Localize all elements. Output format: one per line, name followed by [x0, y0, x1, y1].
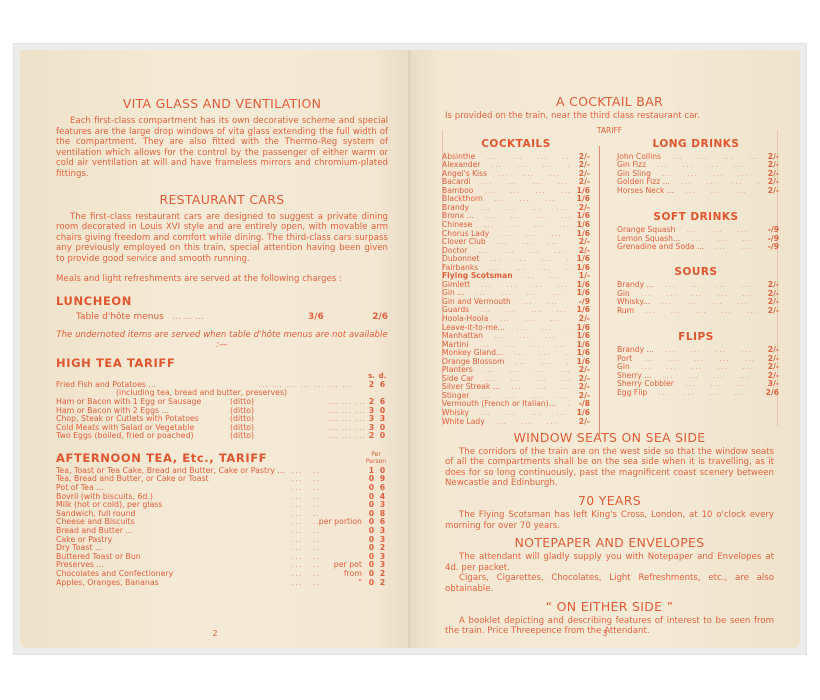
page-right: A COCKTAIL BAR Is provided on the train,…	[410, 50, 800, 648]
leader-dots: ... ... ... ... ...	[480, 161, 570, 170]
leader-dots: ... ... ... ... ...	[513, 272, 570, 281]
flips-list: Brandy ... ... ... ... ... ...2/-Port ..…	[613, 346, 779, 397]
list-item: White Lady ... ... ... ... ...2/-	[442, 418, 590, 427]
leader-dots: ... ... ... ... ... ... ... ... ... ...	[285, 536, 319, 545]
drink-name: Egg Flip	[617, 389, 647, 398]
table-row: Apples, Oranges, Bananas ... ... ... ...…	[56, 579, 388, 588]
seventy-years-title: 70 YEARS	[445, 493, 774, 508]
drink-name: Horses Neck ...	[617, 187, 674, 196]
afternoon-tea-table: Tea, Toast or Tea Cake, Bread and Butter…	[56, 467, 388, 587]
leader-dots: ... ... ... ... ...	[632, 355, 759, 364]
leader-dots: ... ... ... ... ... ... ... ... ... ...	[285, 544, 319, 553]
leader-dots: ... ... ... ... ... ... ... ... ... ...	[285, 527, 319, 536]
leader-dots: ... ... ... ... ...	[704, 243, 759, 252]
item-name: Apples, Oranges, Bananas	[56, 579, 285, 588]
notepaper-title: NOTEPAPER AND ENVELOPES	[445, 535, 774, 550]
leader-dots: ... ... ... ... ...	[654, 346, 759, 355]
vita-glass-title: VITA GLASS AND VENTILATION	[56, 96, 388, 111]
luncheon-item: Table d'hôte menus ... ... ...	[76, 312, 308, 322]
leader-dots: ... ... ... ... ... ... ... ... ... ...	[285, 570, 319, 579]
long-drinks-list: John Collins ... ... ... ... ...2/-Gin F…	[613, 153, 779, 196]
page-left: VITA GLASS AND VENTILATION Each first-cl…	[20, 50, 410, 648]
leader-dots: ... ... ... ... ...	[654, 281, 759, 290]
sours-list: Brandy ... ... ... ... ... ...2/-Gin ...…	[613, 281, 779, 315]
price-pence: 2	[377, 579, 388, 588]
item-qualifier	[319, 493, 366, 502]
leader-dots: ... ... ... ... ... ... ... ... ... ...	[285, 484, 319, 493]
cocktails-heading: COCKTAILS	[442, 138, 590, 150]
leader-dots: ... ... ... ... ...	[670, 178, 759, 187]
leader-dots: ... ... ... ... ...	[479, 255, 570, 264]
leader-dots: ... ... ... ... ... ... ... ... ... ...	[285, 493, 319, 502]
leader-dots: ... ... ... ... ... ... ... ... ... ...	[285, 501, 319, 510]
list-item: Egg Flip ... ... ... ... ...2/6	[613, 389, 779, 398]
leader-dots: ... ... ... ... ...	[483, 195, 570, 204]
leader-dots: ... ... ... ... ...	[505, 324, 570, 333]
item-qualifier	[319, 527, 366, 536]
list-item: Port ... ... ... ... ...2/-	[613, 355, 779, 364]
leader-dots: ... ... ... ... ...	[504, 358, 570, 367]
column-divider	[599, 146, 600, 436]
vita-glass-body: Each first-class compartment has its own…	[56, 116, 388, 180]
item-qualifier	[319, 501, 366, 510]
window-seats-title: WINDOW SEATS ON SEA SIDE	[445, 430, 774, 445]
price-shillings: 0	[366, 579, 377, 588]
leader-dots: ... ... ... ... ...	[675, 226, 759, 235]
leader-dots: ... ... ... ... ...	[500, 383, 570, 392]
leader-dots: ... ... ... ... ...	[674, 380, 759, 389]
item-qualifier	[319, 475, 366, 484]
leader-dots: ... ... ... ... ...	[467, 247, 570, 256]
leader-dots: ... ... ... ... ...	[473, 366, 570, 375]
leader-dots: ... ... ... ... ...	[511, 298, 570, 307]
drink-name: White Lady	[442, 418, 485, 427]
cocktails-column: COCKTAILS Absinthe ... ... ... ... ...2/…	[442, 138, 590, 427]
drinks-column: LONG DRINKS John Collins ... ... ... ...…	[613, 138, 779, 398]
drink-price: -/9	[759, 243, 779, 252]
leader-dots: ... ... ... ... ...	[483, 332, 570, 341]
high-tea-heading: HIGH TEA TARIFF	[56, 356, 388, 370]
leader-dots: ... ... ... ... ...	[674, 187, 759, 196]
seventy-years-body: The Flying Scotsman has left King's Cros…	[445, 510, 774, 531]
page-number-right: 3	[410, 629, 800, 638]
list-item: Gimlett ... ... ... ... ...1/6	[442, 281, 590, 290]
drink-price: 2/-	[759, 187, 779, 196]
page-left-content: VITA GLASS AND VENTILATION Each first-cl…	[56, 96, 388, 587]
afternoon-tea-header: AFTERNOON TEA, Etc., TARIFF Per Person	[56, 451, 388, 465]
page-right-content: A COCKTAIL BAR Is provided on the train,…	[445, 94, 774, 637]
drink-name: Rum	[617, 307, 634, 316]
leader-dots: ... ... ... ... ...	[650, 298, 759, 307]
leader-dots: ... ... ... ... ... ... ... ... ... ...	[285, 553, 319, 562]
list-item: Whisky... ... ... ... ... ...2/-	[613, 298, 779, 307]
leader-dots: ... ... ... ... ...	[661, 153, 759, 162]
list-item: Rum ... ... ... ... ...2/-	[613, 307, 779, 316]
leader-dots: ... ... ... ... ...	[475, 153, 570, 162]
leader-dots: ... ... ... ... ... ... ... ... ... ...	[285, 475, 319, 484]
table-row: Tea, Bread and Butter, or Cake or Toast …	[56, 475, 388, 484]
leader-dots: ... ... ... ... ...	[486, 238, 570, 247]
leader-dots: ... ... ... ... ...	[556, 400, 570, 409]
luncheon-heading: LUNCHEON	[56, 294, 388, 308]
cocktail-bar-subtitle: Is provided on the train, near the third…	[445, 111, 774, 122]
leader-dots: ... ... ... ... ...	[473, 187, 570, 196]
item-qualifier: per portion	[319, 518, 366, 527]
leader-dots: ... ... ... ... ...	[646, 161, 759, 170]
leader-dots: ... ... ... ... ...	[485, 418, 570, 427]
item-qualifier	[319, 467, 366, 476]
leader-dots: ... ... ... ... ...	[474, 212, 570, 221]
soft-drinks-list: Orange Squash ... ... ... ... ...-/9Lemo…	[613, 226, 779, 252]
leader-dots: ... ... ... ... ...	[634, 307, 759, 316]
leader-dots: ... ... ... ... ... ... ... ... ... ...	[285, 561, 319, 570]
luncheon-price-first: 3/6	[308, 312, 358, 322]
cocktail-tariff-box: TARIFF COCKTAILS Absinthe ... ... ... ..…	[445, 126, 774, 426]
luncheon-price-third: 2/6	[358, 312, 388, 322]
table-row: Two Eggs (boiled, fried or poached) (dit…	[56, 432, 388, 441]
restaurant-cars-body: The first-class restaurant cars are desi…	[56, 212, 388, 265]
leader-dots: ... ... ... ... ...	[503, 349, 570, 358]
window-seats-body: The corridors of the train are on the we…	[445, 447, 774, 489]
sours-heading: SOURS	[613, 266, 779, 278]
leader-dots: ... ... ... ... ...	[487, 170, 570, 179]
afternoon-tea-heading: AFTERNOON TEA, Etc., TARIFF	[56, 451, 364, 465]
leader-dots: ... ... ... ... ... ... ... ... ... ...	[285, 467, 319, 476]
item-qualifier	[319, 484, 366, 493]
item-qualifier	[319, 536, 366, 545]
drink-name: Grenadine and Soda ...	[617, 243, 704, 252]
drink-price: 2/-	[570, 418, 590, 427]
leader-dots: ... ... ... ... ... ... ... ... ... ...	[285, 579, 319, 588]
item-qualifier: "	[319, 579, 366, 588]
list-item: Brandy ... ... ... ... ... ...2/-	[613, 281, 779, 290]
flips-heading: FLIPS	[613, 331, 779, 343]
long-drinks-heading: LONG DRINKS	[613, 138, 779, 150]
leader-dots: ... ... ... ... ...	[469, 204, 570, 213]
cocktails-list: Absinthe ... ... ... ... ...2/-Alexander…	[442, 153, 590, 427]
charges-note: Meals and light refreshments are served …	[56, 274, 388, 285]
list-item: Grenadine and Soda ... ... ... ... ... .…	[613, 243, 779, 252]
list-item: Brandy ... ... ... ... ... ...2/-	[613, 346, 779, 355]
leader-dots: ... ... ... ... ...	[470, 281, 570, 290]
leader-dots: ... ... ... ... ... ... ... ... ... ...	[285, 510, 319, 519]
leader-dots: ... ... ... ... ...	[489, 230, 570, 239]
table-row: Cake or Pastry ... ... ... ... ... ... .…	[56, 536, 388, 545]
leader-dots: ... ... ... ... ...	[471, 178, 570, 187]
notepaper-body-1: The attendant will gladly supply you wit…	[445, 552, 774, 573]
luncheon-row: Table d'hôte menus ... ... ... 3/6 2/6	[56, 312, 388, 322]
drink-price: 2/-	[759, 307, 779, 316]
tariff-label: TARIFF	[445, 126, 774, 135]
page-number-left: 2	[20, 629, 410, 638]
per-person-label: Per Person	[364, 451, 388, 465]
item-qualifier	[319, 544, 366, 553]
restaurant-cars-title: RESTAURANT CARS	[56, 192, 388, 207]
high-tea-table: s. d. Fried Fish and Potatoes ... ... ..…	[56, 372, 388, 441]
on-either-side-title: “ ON EITHER SIDE ”	[445, 599, 774, 614]
cocktail-bar-title: A COCKTAIL BAR	[445, 94, 774, 109]
notepaper-body-2: Cigars, Cigarettes, Chocolates, Light Re…	[445, 573, 774, 594]
leader-dots: ... ... ... ... ...	[647, 389, 759, 398]
soft-drinks-heading: SOFT DRINKS	[613, 211, 779, 223]
drink-price: 2/6	[759, 389, 779, 398]
undernoted-note: The undernoted items are served when tab…	[56, 330, 388, 350]
leader-dots: ... ... ... ... ... ... ... ... ... ...	[285, 518, 319, 527]
list-item: Horses Neck ... ... ... ... ... ...2/-	[613, 187, 779, 196]
